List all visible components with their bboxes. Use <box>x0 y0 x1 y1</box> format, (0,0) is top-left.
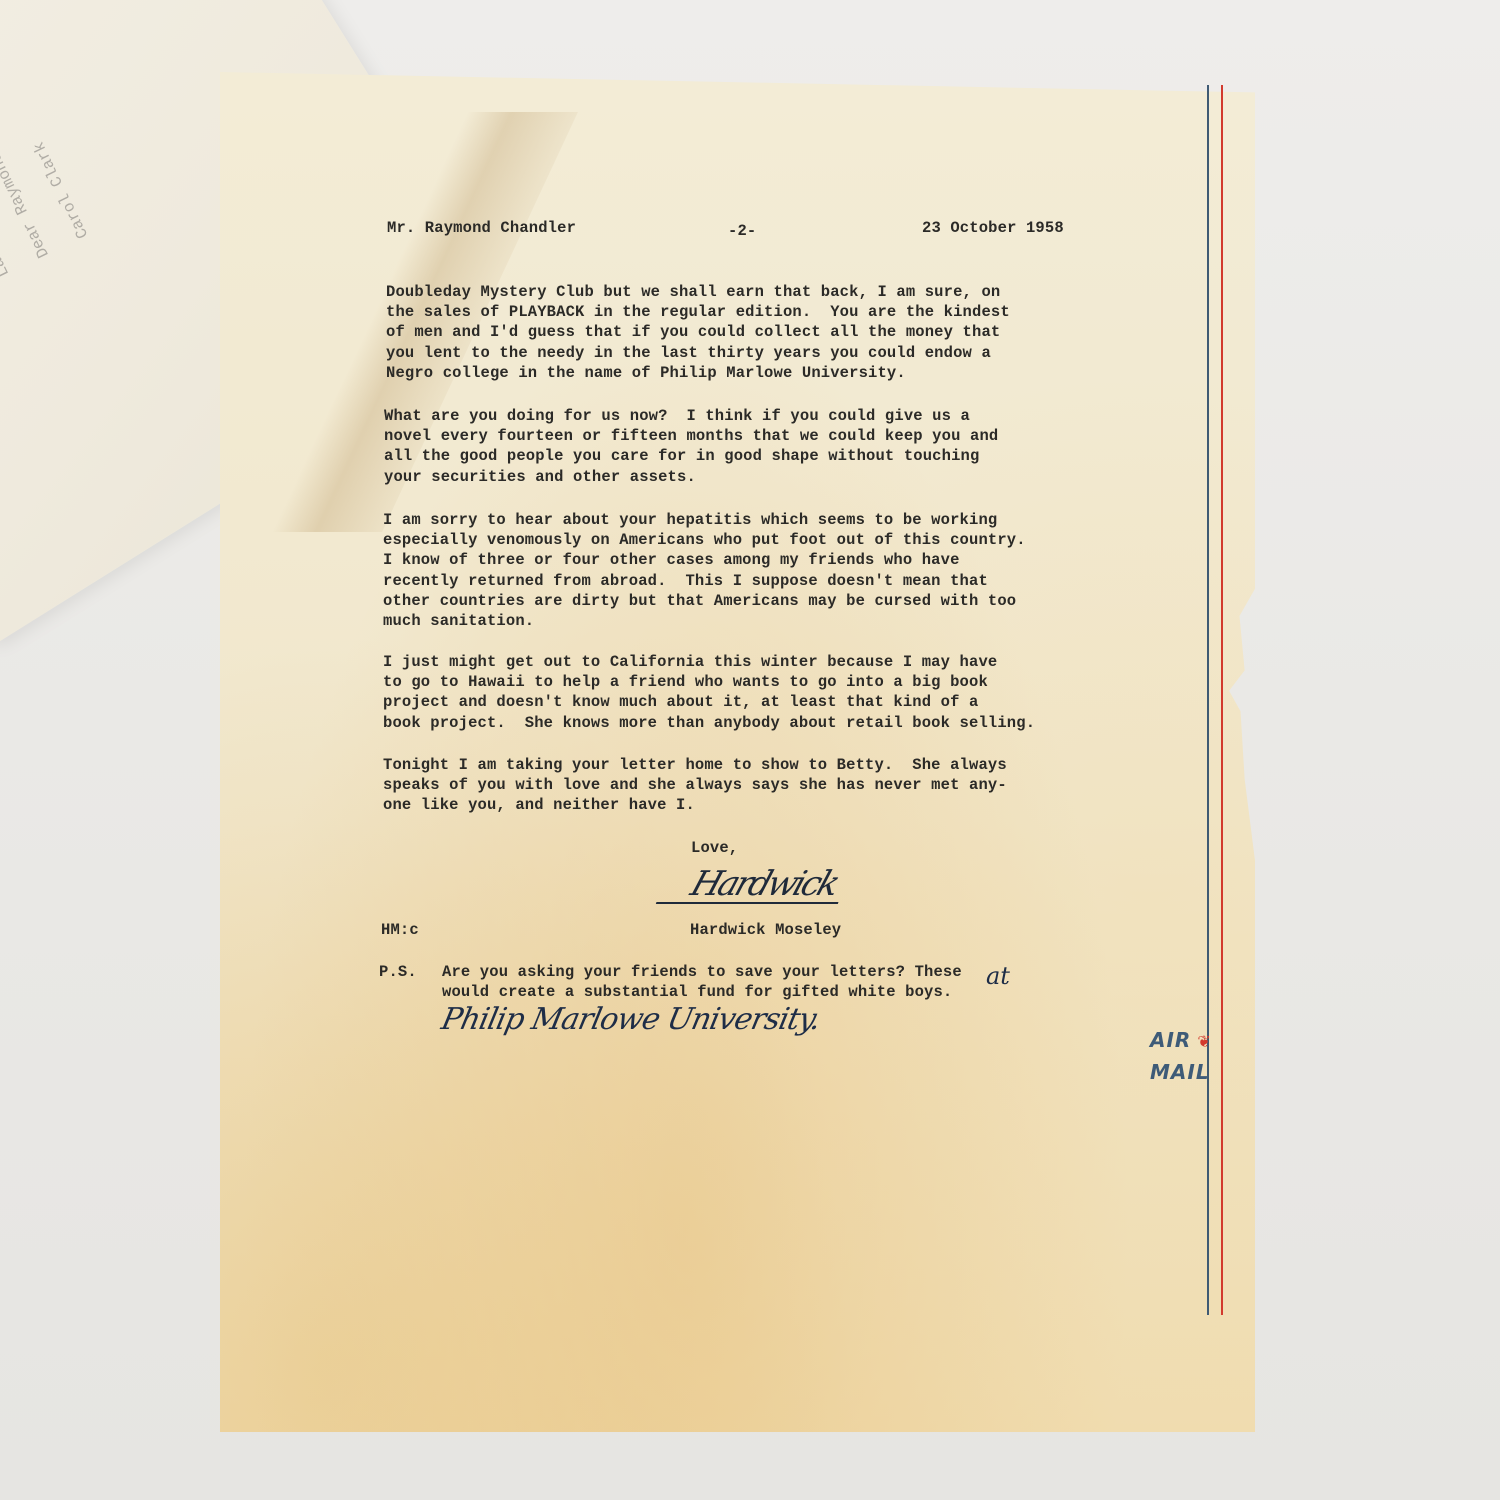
typed-line: to go to Hawaii to help a friend who wan… <box>383 672 1035 692</box>
recipient-header: Mr. Raymond Chandler <box>387 218 576 238</box>
typed-line: I know of three or four other cases amon… <box>383 550 1026 570</box>
airmail-border-red-rule <box>1221 85 1223 1315</box>
typed-line: especially venomously on Americans who p… <box>383 530 1026 550</box>
paragraph-4: I just might get out to California this … <box>383 652 1035 733</box>
paragraph-2: What are you doing for us now? I think i… <box>384 406 998 487</box>
typed-line: recently returned from abroad. This I su… <box>383 571 1026 591</box>
paragraph-3: I am sorry to hear about your hepatitis … <box>383 510 1026 631</box>
typist-initials: HM:c <box>381 920 419 940</box>
paragraph-5: Tonight I am taking your letter home to … <box>383 755 1007 816</box>
typed-line: What are you doing for us now? I think i… <box>384 406 998 426</box>
postscript-body: Are you asking your friends to save your… <box>442 962 962 1002</box>
airmail-text-mail: MAIL <box>1150 1057 1212 1087</box>
typed-line: novel every fourteen or fifteen months t… <box>384 426 998 446</box>
handwritten-postscript-line: Philip Marlowe University. <box>438 1002 823 1037</box>
typed-line: Negro college in the name of Philip Marl… <box>386 363 1010 383</box>
typed-line: Doubleday Mystery Club but we shall earn… <box>386 282 1010 302</box>
postscript-label: P.S. <box>379 962 417 982</box>
postscript-line: Are you asking your friends to save your… <box>442 962 962 982</box>
postscript-line: would create a substantial fund for gift… <box>442 982 962 1002</box>
letter-sheet <box>220 72 1255 1432</box>
typed-line: I am sorry to hear about your hepatitis … <box>383 510 1026 530</box>
closing-salutation: Love, <box>691 838 738 858</box>
typed-line: the sales of PLAYBACK in the regular edi… <box>386 302 1010 322</box>
typed-line: other countries are dirty but that Ameri… <box>383 591 1026 611</box>
typed-line: all the good people you care for in good… <box>384 446 998 466</box>
letter-date: 23 October 1958 <box>922 218 1064 238</box>
typed-line: you lent to the needy in the last thirty… <box>386 343 1010 363</box>
typed-line: one like you, and neither have I. <box>383 795 1007 815</box>
airmail-border-blue-rule <box>1207 85 1209 1315</box>
signer-name: Hardwick Moseley <box>690 920 841 940</box>
typed-line: Tonight I am taking your letter home to … <box>383 755 1007 775</box>
typed-line: your securities and other assets. <box>384 467 998 487</box>
typed-line: speaks of you with love and she always s… <box>383 775 1007 795</box>
handwritten-postscript-word: at <box>986 962 1010 990</box>
paragraph-1: Doubleday Mystery Club but we shall earn… <box>386 282 1010 383</box>
airmail-text-air: AIR <box>1150 1028 1191 1052</box>
page-number: -2- <box>728 221 756 241</box>
typed-line: project and doesn't know much about it, … <box>383 692 1035 712</box>
handwritten-signature: Hardwick <box>656 866 850 904</box>
typed-line: book project. She knows more than anybod… <box>383 713 1035 733</box>
typed-line: of men and I'd guess that if you could c… <box>386 322 1010 342</box>
typed-line: much sanitation. <box>383 611 1026 631</box>
airmail-mark: AIR❦ MAIL <box>1150 1025 1212 1087</box>
eagle-logo-icon: ❦ <box>1197 1032 1211 1051</box>
typed-line: I just might get out to California this … <box>383 652 1035 672</box>
